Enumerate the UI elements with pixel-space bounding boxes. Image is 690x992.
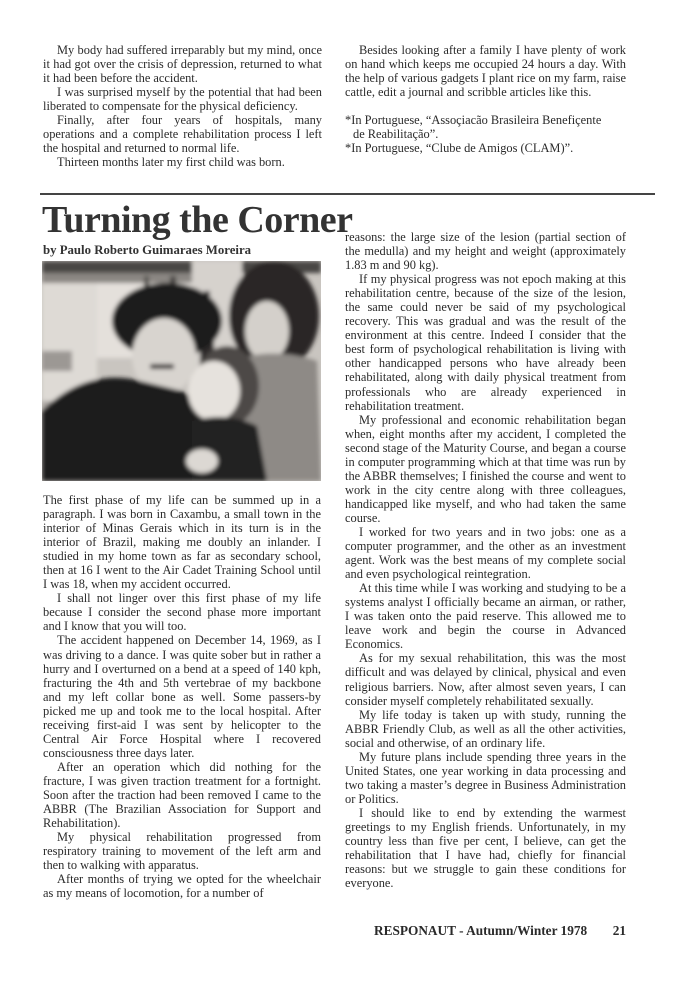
paragraph: Besides looking after a family I have pl… <box>345 43 626 99</box>
footnote-line: de Reabilitação”. <box>345 127 626 141</box>
paragraph: Finally, after four years of hospitals, … <box>43 113 322 155</box>
paragraph: I worked for two years and in two jobs: … <box>345 525 626 581</box>
publication-name: RESPONAUT - Autumn/Winter 1978 <box>374 923 587 939</box>
previous-article-left-column: My body had suffered irreparably but my … <box>43 43 322 169</box>
paragraph: At this time while I was working and stu… <box>345 581 626 651</box>
footnote-line: *In Portuguese, “Clube de Amigos (CLAM)”… <box>345 141 573 155</box>
paragraph: I shall not linger over this first phase… <box>43 591 321 633</box>
page-footer: RESPONAUT - Autumn/Winter 1978 21 <box>374 923 626 939</box>
article-title: Turning the Corner <box>42 197 353 243</box>
previous-article-right-column: Besides looking after a family I have pl… <box>345 43 626 155</box>
footnote: *In Portuguese, “Clube de Amigos (CLAM)”… <box>345 141 626 155</box>
paragraph: reasons: the large size of the lesion (p… <box>345 230 626 272</box>
paragraph: After an operation which did nothing for… <box>43 760 321 830</box>
paragraph: After months of trying we opted for the … <box>43 872 321 900</box>
paragraph: If my physical progress was not epoch ma… <box>345 272 626 412</box>
paragraph: As for my sexual rehabilitation, this wa… <box>345 651 626 707</box>
paragraph: I was surprised myself by the potential … <box>43 85 322 113</box>
paragraph: Thirteen months later my first child was… <box>43 155 322 169</box>
section-divider <box>40 193 655 195</box>
paragraph: My professional and economic rehabilitat… <box>345 413 626 525</box>
article-right-column: reasons: the large size of the lesion (p… <box>345 230 626 890</box>
paragraph: My life today is taken up with study, ru… <box>345 708 626 750</box>
photo-image <box>42 261 321 481</box>
paragraph: My future plans include spending three y… <box>345 750 626 806</box>
paragraph: My body had suffered irreparably but my … <box>43 43 322 85</box>
paragraph: The accident happened on December 14, 19… <box>43 633 321 759</box>
article-photo <box>42 261 321 481</box>
paragraph: My physical rehabilitation progressed fr… <box>43 830 321 872</box>
page-number: 21 <box>613 923 626 939</box>
footnote-line: *In Portuguese, “Assoçiacão Brasileira B… <box>345 113 601 127</box>
paragraph: I should like to end by extending the wa… <box>345 806 626 890</box>
article-byline: by Paulo Roberto Guimaraes Moreira <box>43 243 251 258</box>
footnote: *In Portuguese, “Assoçiacão Brasileira B… <box>345 113 626 141</box>
paragraph: The first phase of my life can be summed… <box>43 493 321 591</box>
article-left-column: The first phase of my life can be summed… <box>43 493 321 900</box>
